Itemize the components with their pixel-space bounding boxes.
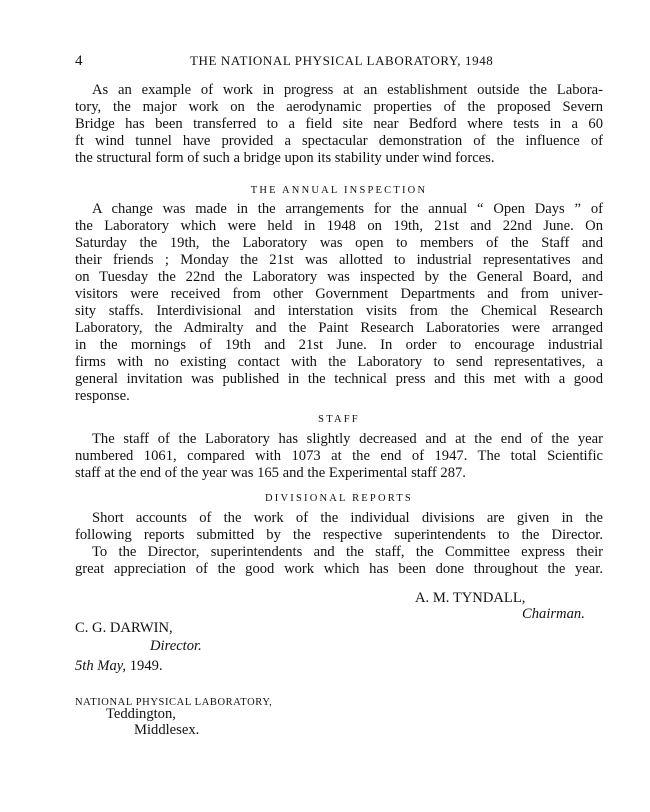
text-line: numbered 1061, compared with 1073 at the…: [75, 448, 603, 465]
text-line: general invitation was published in the …: [75, 371, 603, 388]
text-line: Short accounts of the work of the indivi…: [92, 510, 603, 527]
document-page: 4 THE NATIONAL PHYSICAL LABORATORY, 1948…: [0, 0, 650, 812]
text-line: the Laboratory which were held in 1948 o…: [75, 218, 603, 235]
text-line: Saturday the 19th, the Laboratory was op…: [75, 235, 603, 252]
text-line: visitors were received from other Govern…: [75, 286, 603, 303]
text-line: As an example of work in progress at an …: [92, 82, 603, 99]
text-line: the structural form of such a bridge upo…: [75, 150, 603, 167]
section-heading-annual-inspection: THE ANNUAL INSPECTION: [75, 185, 603, 196]
address-town: Teddington,: [106, 706, 176, 723]
page-number: 4: [75, 53, 83, 70]
director-title: Director.: [150, 638, 202, 655]
text-line: great appreciation of the good work whic…: [75, 561, 603, 578]
text-line: tory, the major work on the aerodynamic …: [75, 99, 603, 116]
text-line: their friends ; Monday the 21st was allo…: [75, 252, 603, 269]
chairman-name: A. M. TYNDALL,: [415, 590, 525, 607]
text-line: on Tuesday the 22nd the Laboratory was i…: [75, 269, 603, 286]
signature-date: 5th May, 1949.: [75, 658, 163, 675]
text-line: sity staffs. Interdivisional and interst…: [75, 303, 603, 320]
text-line: ft wind tunnel have provided a spectacul…: [75, 133, 603, 150]
date-year: 1949.: [130, 658, 163, 674]
text-line: in the mornings of 19th and 21st June. I…: [75, 337, 603, 354]
text-line: To the Director, superintendents and the…: [92, 544, 603, 561]
chairman-title: Chairman.: [522, 606, 585, 623]
text-line: Bridge has been transferred to a field s…: [75, 116, 603, 133]
running-title: THE NATIONAL PHYSICAL LABORATORY, 1948: [190, 53, 493, 69]
address-county: Middlesex.: [134, 722, 199, 739]
text-line: firms with no existing contact with the …: [75, 354, 603, 371]
director-name: C. G. DARWIN,: [75, 620, 173, 637]
section-heading-staff: STAFF: [75, 414, 603, 425]
text-line: response.: [75, 388, 603, 405]
text-line: following reports submitted by the respe…: [75, 527, 603, 544]
section-heading-divisional-reports: DIVISIONAL REPORTS: [75, 493, 603, 504]
text-line: Laboratory, the Admiralty and the Paint …: [75, 320, 603, 337]
text-line: The staff of the Laboratory has slightly…: [92, 431, 603, 448]
text-line: A change was made in the arrangements fo…: [92, 201, 603, 218]
text-line: staff at the end of the year was 165 and…: [75, 465, 603, 482]
date-day-month: 5th May,: [75, 658, 126, 674]
